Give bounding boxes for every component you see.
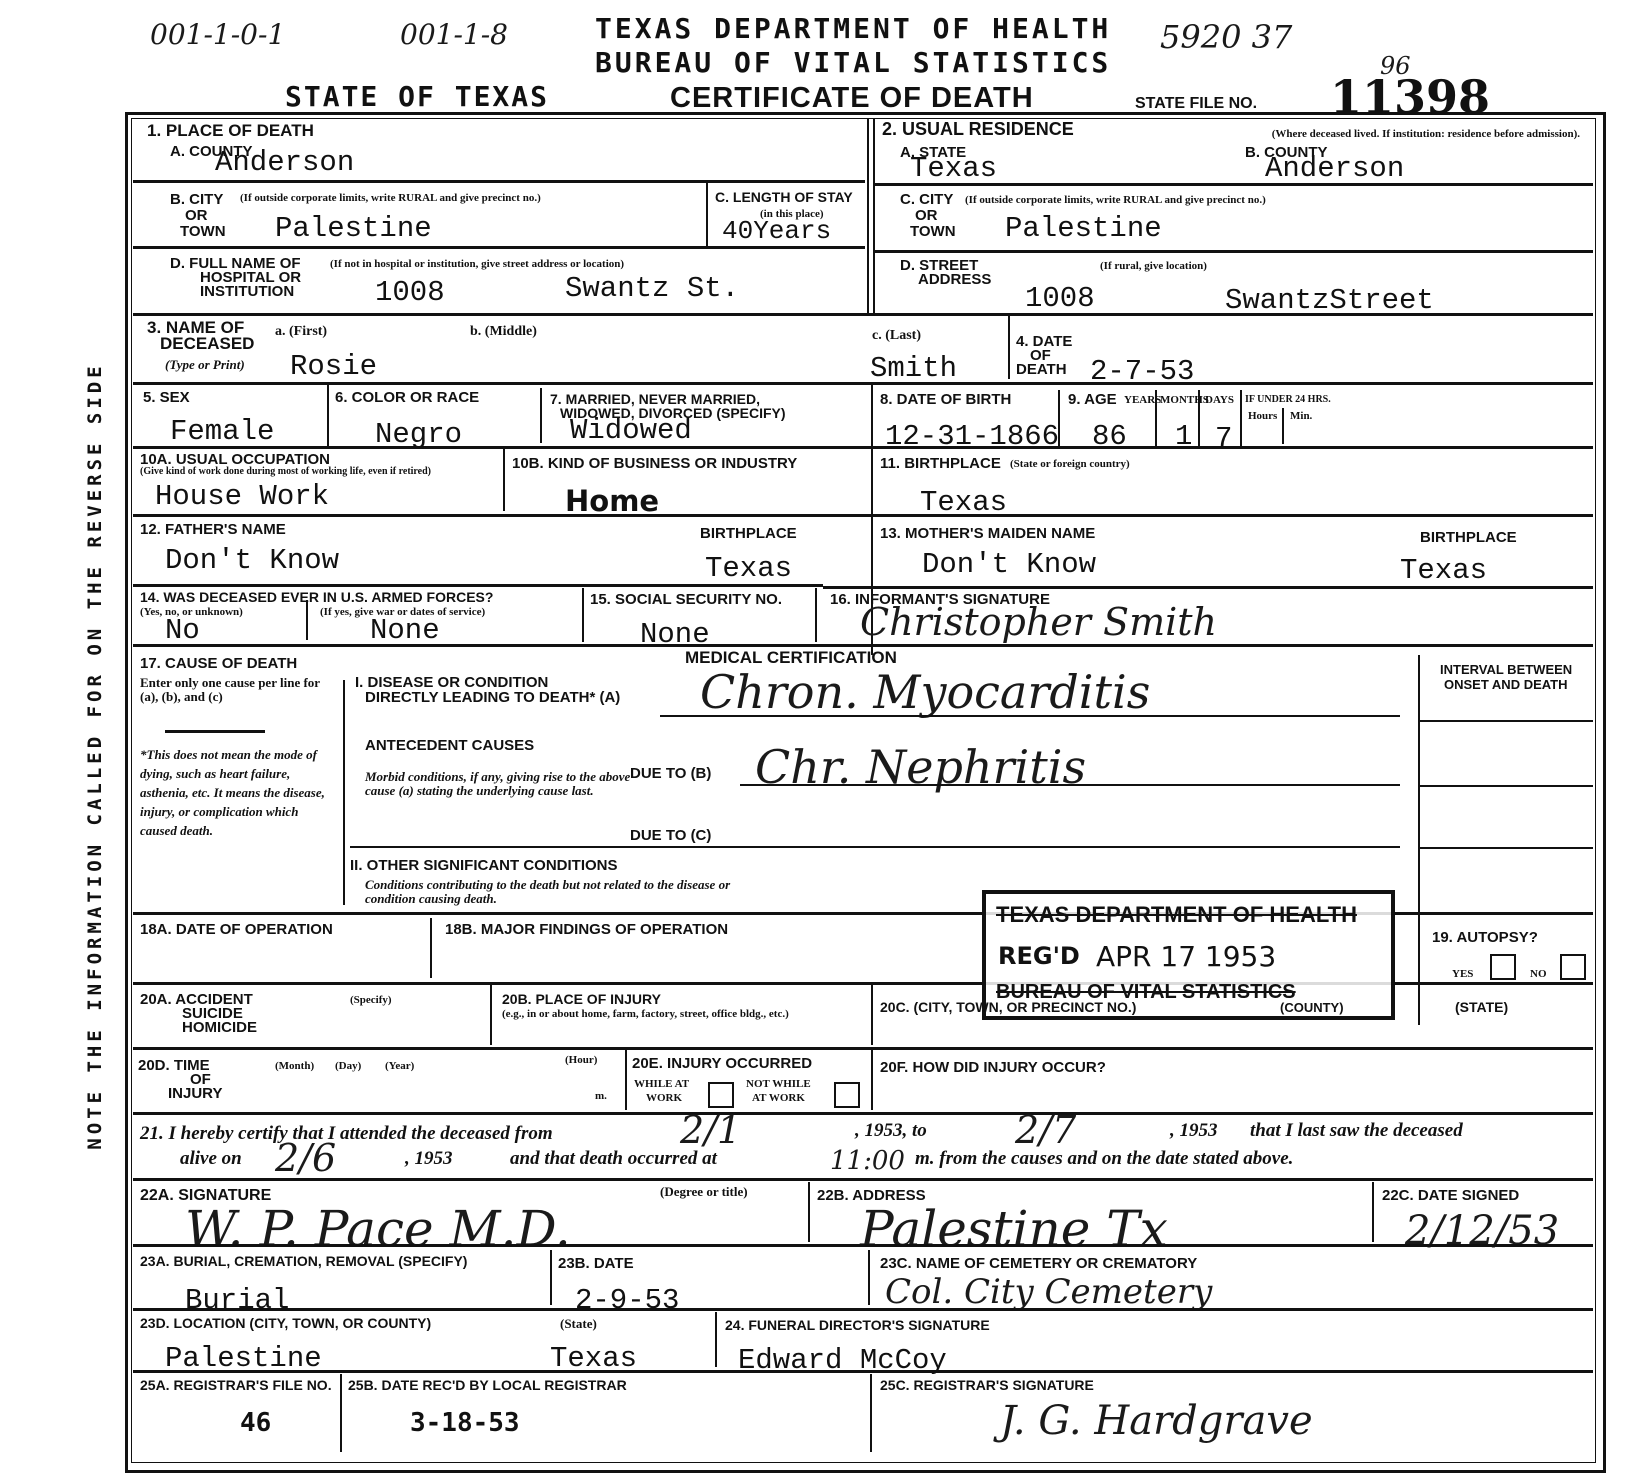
city-label: b. CITY xyxy=(170,192,223,207)
injury-county-label: (COUNTY) xyxy=(1280,1000,1344,1015)
registrar-file-label: 25a. REGISTRAR'S FILE NO. xyxy=(140,1378,332,1393)
age-days-label: DAYS xyxy=(1205,394,1234,406)
while-at-work-1: WHILE AT xyxy=(634,1078,689,1090)
residence-city-label: c. CITY xyxy=(900,192,953,207)
name-hint: (Type or Print) xyxy=(165,358,245,372)
location-label: 23d. LOCATION (City, town, or county) xyxy=(140,1316,431,1331)
residence-city-note: (If outside corporate limits, write RURA… xyxy=(965,194,1266,206)
while-at-work-2: WORK xyxy=(646,1092,682,1104)
department-title: TEXAS DEPARTMENT OF HEALTH xyxy=(595,12,1111,45)
attended-from-year: , 1953, to xyxy=(855,1124,927,1138)
mother-birthplace-label: BIRTHPLACE xyxy=(1420,530,1517,545)
death-county-value: Anderson xyxy=(215,146,354,179)
disposition-value: Burial xyxy=(185,1284,289,1317)
handwritten-code-1: 001-1-0-1 xyxy=(150,18,285,51)
father-birthplace-label: BIRTHPLACE xyxy=(700,526,797,541)
registrar-file-value: 46 xyxy=(240,1408,271,1438)
stamp-line-1: TEXAS DEPARTMENT OF HEALTH xyxy=(996,904,1357,926)
attended-to-date: 2/7 xyxy=(1015,1108,1076,1152)
registrar-date-label: 25b. DATE REC'D BY LOCAL REGISTRAR xyxy=(348,1378,627,1393)
cause-footnote: *This does not mean the mode of dying, s… xyxy=(140,745,335,840)
operation-date-label: 18a. DATE OF OPERATION xyxy=(140,922,333,937)
first-name-label: a. (First) xyxy=(275,326,327,338)
bureau-title: BUREAU OF VITAL STATISTICS xyxy=(595,46,1111,79)
cemetery-label: 23c. NAME OF CEMETERY OR CREMATORY xyxy=(880,1256,1197,1271)
medical-certification-title: MEDICAL CERTIFICATION xyxy=(685,650,897,665)
name-label-1: 3. NAME OF xyxy=(147,320,244,335)
residence-or-label: OR xyxy=(915,208,938,223)
time-day-label: (Day) xyxy=(335,1060,361,1072)
autopsy-no-label: NO xyxy=(1530,968,1547,980)
min-label: Min. xyxy=(1290,410,1312,422)
occupation-label: 10a. USUAL OCCUPATION xyxy=(140,452,330,467)
autopsy-no-checkbox[interactable] xyxy=(1560,954,1586,980)
due-to-c-label: DUE TO (c) xyxy=(630,828,711,843)
hospital-label-3: INSTITUTION xyxy=(200,284,294,299)
not-while-at-work-checkbox[interactable] xyxy=(834,1082,860,1108)
death-date-label-3: DEATH xyxy=(1016,362,1067,377)
time-month-label: (Month) xyxy=(275,1060,314,1072)
dob-label: 8. DATE OF BIRTH xyxy=(880,392,1011,407)
cause-a-value: Chron. Myocarditis xyxy=(700,665,1150,719)
occupation-value: House Work xyxy=(155,480,329,513)
injury-place-label: 20b. PLACE OF INJURY xyxy=(502,992,661,1007)
certify-text-2: that I last saw the deceased xyxy=(1250,1124,1463,1138)
autopsy-label: 19. AUTOPSY? xyxy=(1432,930,1538,945)
injury-occurred-label: 20e. INJURY OCCURRED xyxy=(632,1056,812,1071)
occupation-note: (Give kind of work done during most of w… xyxy=(140,466,480,478)
residence-town-label: TOWN xyxy=(910,224,956,239)
middle-name-label: b. (Middle) xyxy=(470,326,537,338)
father-label: 12. FATHER'S NAME xyxy=(140,522,286,537)
age-months-label: MONTHS xyxy=(1160,394,1209,406)
residence-label: 2. USUAL RESIDENCE xyxy=(882,122,1074,137)
cause-instructions: Enter only one cause per line for (a), (… xyxy=(140,676,340,704)
how-injury-label: 20f. HOW DID INJURY OCCUR? xyxy=(880,1060,1106,1075)
time-hour-label: (Hour) xyxy=(565,1054,597,1066)
mother-label: 13. MOTHER'S MAIDEN NAME xyxy=(880,526,1095,541)
death-time-value: 11:00 xyxy=(830,1146,905,1176)
interval-label-1: INTERVAL BETWEEN xyxy=(1440,662,1572,677)
alive-on-year: , 1953 xyxy=(405,1152,453,1166)
war-service-value: None xyxy=(370,614,440,647)
accident-specify: (Specify) xyxy=(350,994,392,1006)
burial-date-label: 23b. DATE xyxy=(558,1256,634,1271)
autopsy-yes-label: YES xyxy=(1452,968,1473,980)
hospital-street-value: Swantz St. xyxy=(565,272,739,305)
disposition-label: 23a. BURIAL, CREMATION, REMOVAL (Specify… xyxy=(140,1254,467,1269)
hours-label: Hours xyxy=(1248,410,1277,422)
father-value: Don't Know xyxy=(165,544,339,577)
age-days-value: 7 xyxy=(1215,422,1232,455)
residence-street-number: 1008 xyxy=(1025,282,1095,315)
time-label-3: INJURY xyxy=(168,1086,222,1101)
certify-text-1: 21. I hereby certify that I attended the… xyxy=(140,1124,553,1144)
registrar-signature: J. G. Hardgrave xyxy=(1000,1398,1313,1444)
state-file-label: STATE FILE NO. xyxy=(1135,96,1257,111)
accident-label-3: HOMICIDE xyxy=(182,1020,257,1035)
street-note: (If rural, give location) xyxy=(1100,260,1207,272)
father-birthplace-value: Texas xyxy=(705,552,792,585)
marital-value: Widowed xyxy=(570,414,692,447)
under24-label: IF UNDER 24 HRS. xyxy=(1245,394,1331,406)
other-conditions-note: Conditions contributing to the death but… xyxy=(365,878,745,906)
time-m-label: m. xyxy=(595,1090,607,1102)
autopsy-yes-checkbox[interactable] xyxy=(1490,954,1516,980)
location-state-label: (State) xyxy=(560,1318,597,1330)
injury-state-label: (STATE) xyxy=(1455,1000,1508,1015)
race-label: 6. COLOR OR RACE xyxy=(335,390,479,405)
not-while-at-work-1: NOT WHILE xyxy=(746,1078,811,1090)
funeral-director-label: 24. FUNERAL DIRECTOR'S SIGNATURE xyxy=(725,1318,990,1333)
attended-to-year: , 1953 xyxy=(1170,1124,1218,1138)
residence-county-value: Anderson xyxy=(1265,152,1404,185)
antecedent-note: Morbid conditions, if any, giving rise t… xyxy=(365,770,635,798)
registrar-date-value: 3-18-53 xyxy=(410,1408,520,1438)
due-to-b-label: DUE TO (b) xyxy=(630,766,711,781)
ssn-label: 15. SOCIAL SECURITY NO. xyxy=(590,592,782,607)
place-of-death-label: 1. PLACE OF DEATH xyxy=(147,123,314,138)
informant-signature: Christopher Smith xyxy=(860,600,1217,644)
residence-state-value: Texas xyxy=(910,152,997,185)
business-label: 10b. KIND OF BUSINESS OR INDUSTRY xyxy=(512,456,797,471)
armed-forces-value: No xyxy=(165,614,200,647)
while-at-work-checkbox[interactable] xyxy=(708,1082,734,1108)
last-name-value: Smith xyxy=(870,352,957,385)
alive-on-date: 2/6 xyxy=(275,1136,336,1180)
death-city-value: Palestine xyxy=(275,212,432,245)
residence-city-value: Palestine xyxy=(1005,212,1162,245)
business-value: Home xyxy=(565,484,659,518)
birthplace-note: (State or foreign country) xyxy=(1010,458,1130,470)
cause-label: 17. CAUSE OF DEATH xyxy=(140,656,297,671)
registrar-signature-label: 25c. REGISTRAR'S SIGNATURE xyxy=(880,1378,1094,1393)
physician-address: Palestine Tx xyxy=(860,1200,1168,1258)
name-label-2: DECEASED xyxy=(160,336,254,351)
antecedent-label: ANTECEDENT CAUSES xyxy=(365,738,534,753)
residence-note: (Where deceased lived. If institution: r… xyxy=(1150,128,1580,140)
age-label: 9. AGE xyxy=(1068,392,1117,407)
interval-label-2: ONSET AND DEATH xyxy=(1444,677,1568,692)
handwritten-code-2: 001-1-8 xyxy=(400,18,508,51)
physician-signature: W. P. Pace M.D. xyxy=(185,1200,571,1258)
operation-findings-label: 18b. MAJOR FINDINGS OF OPERATION xyxy=(445,922,728,937)
sex-value: Female xyxy=(170,415,274,448)
certify-text-4: m. from the causes and on the date state… xyxy=(915,1152,1293,1166)
stay-label: c. LENGTH OF STAY xyxy=(715,190,853,205)
city-note: (If outside corporate limits, write RURA… xyxy=(240,192,660,204)
other-conditions-label: II. OTHER SIGNIFICANT CONDITIONS xyxy=(350,858,618,873)
state-title: STATE OF TEXAS xyxy=(285,80,549,113)
not-while-at-work-2: AT WORK xyxy=(752,1092,805,1104)
time-year-label: (Year) xyxy=(385,1060,414,1072)
armed-forces-label: 14. WAS DECEASED EVER IN U.S. ARMED FORC… xyxy=(140,590,493,605)
disease-label-2: DIRECTLY LEADING TO DEATH* (a) xyxy=(365,690,620,705)
attended-from-date: 2/1 xyxy=(680,1108,741,1152)
hospital-note: (If not in hospital or institution, give… xyxy=(330,258,624,270)
mother-birthplace-value: Texas xyxy=(1400,554,1487,587)
certify-text-3: and that death occurred at xyxy=(510,1152,717,1166)
certificate-title: CERTIFICATE OF DEATH xyxy=(670,82,1034,115)
injury-city-label: 20c. (CITY, TOWN, OR PRECINCT NO.) xyxy=(880,1000,1136,1015)
or-label: OR xyxy=(185,208,208,223)
last-name-label: c. (Last) xyxy=(872,330,921,342)
town-label: TOWN xyxy=(180,224,226,239)
first-name-value: Rosie xyxy=(290,350,377,383)
burial-date-value: 2-9-53 xyxy=(575,1284,679,1317)
stamp-line-2-prefix: REG'D xyxy=(998,942,1080,970)
date-signed-label: 22c. DATE SIGNED xyxy=(1382,1188,1519,1203)
injury-place-note: (e.g., in or about home, farm, factory, … xyxy=(502,1008,832,1020)
handwritten-code-3: 5920 37 xyxy=(1160,18,1292,56)
reverse-side-note: NOTE THE INFORMATION CALLED FOR ON THE R… xyxy=(84,336,106,1176)
sex-label: 5. SEX xyxy=(143,390,190,405)
stamp-date: APR 17 1953 xyxy=(1096,940,1276,973)
alive-on-label: alive on xyxy=(180,1152,242,1166)
date-signed-value: 2/12/53 xyxy=(1405,1208,1559,1254)
disease-label-1: I. DISEASE OR CONDITION xyxy=(355,675,548,690)
birthplace-label: 11. BIRTHPLACE xyxy=(880,456,1001,471)
mother-value: Don't Know xyxy=(922,548,1096,581)
hospital-number-value: 1008 xyxy=(375,276,445,309)
degree-label: (Degree or title) xyxy=(660,1186,748,1198)
cemetery-value: Col. City Cemetery xyxy=(885,1272,1212,1312)
stay-value: 40Years xyxy=(722,216,831,246)
street-label-2: ADDRESS xyxy=(918,272,991,287)
